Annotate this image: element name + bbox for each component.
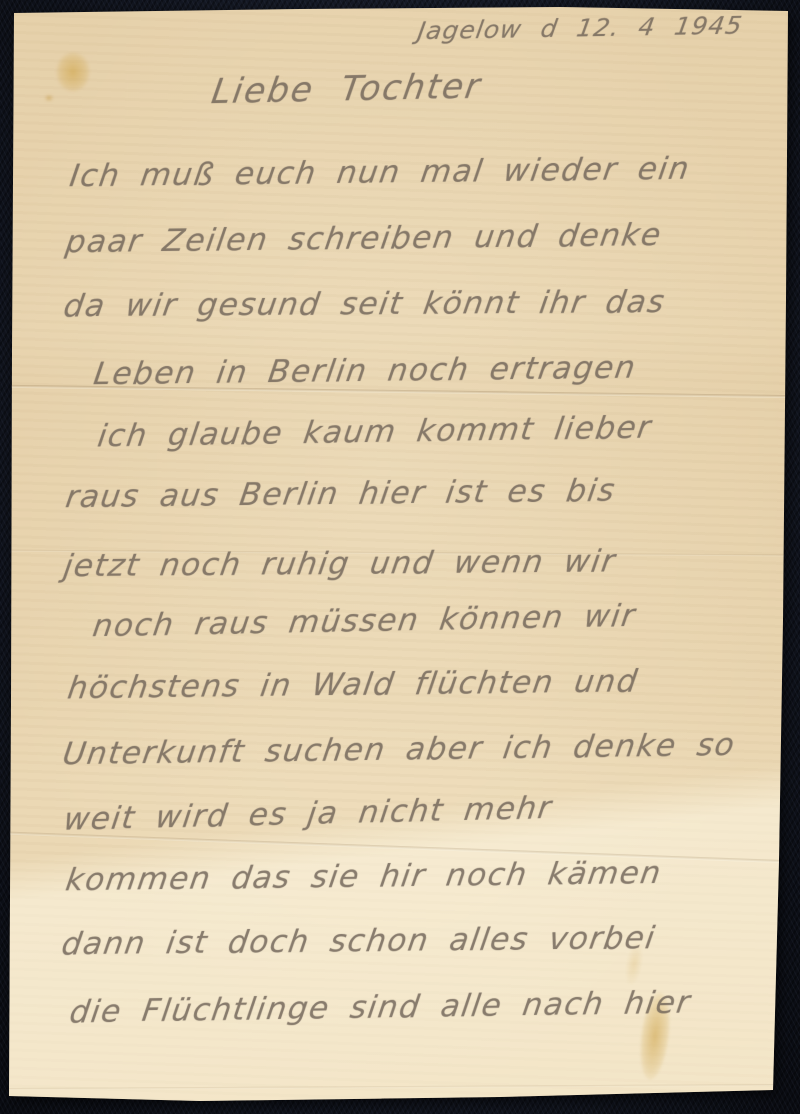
photo-background: Jagelow d 12. 4 1945 Liebe Tochter Ich m… [0, 0, 800, 1114]
handwriting-line: raus aus Berlin hier ist es bis [63, 472, 618, 515]
date-line: Jagelow d 12. 4 1945 [416, 10, 745, 45]
handwriting-line: Unterkunft suchen aber ich denke so [60, 727, 738, 772]
handwriting-line: da wir gesund seit könnt ihr das [61, 284, 668, 324]
handwriting-line: ich glaube kaum kommt lieber [95, 409, 654, 454]
handwriting-line: Ich muß euch nun mal wieder ein [67, 150, 692, 194]
handwriting-line: noch raus müssen können wir [90, 598, 638, 644]
handwriting-line: weit wird es ja nicht mehr [62, 790, 555, 838]
salutation: Liebe Tochter [209, 66, 485, 112]
letter-paper: Jagelow d 12. 4 1945 Liebe Tochter Ich m… [0, 0, 800, 1114]
handwriting-line: paar Zeilen schreiben und denke [63, 217, 664, 260]
letter-paper-wrapper: Jagelow d 12. 4 1945 Liebe Tochter Ich m… [0, 0, 800, 1114]
handwriting-line: die Flüchtlinge sind alle nach hier [67, 984, 693, 1030]
handwriting-line: höchstens in Wald flüchten und [65, 663, 640, 706]
handwriting-line: kommen das sie hir noch kämen [63, 855, 664, 898]
handwriting-line: Leben in Berlin noch ertragen [91, 349, 639, 392]
handwriting-line: dann ist doch schon alles vorbei [59, 920, 658, 962]
fold-crease-bottom [0, 1084, 800, 1090]
stain-speck [44, 94, 54, 102]
handwriting-line: jetzt noch ruhig und wenn wir [61, 543, 618, 584]
stain-top-left [56, 52, 90, 92]
